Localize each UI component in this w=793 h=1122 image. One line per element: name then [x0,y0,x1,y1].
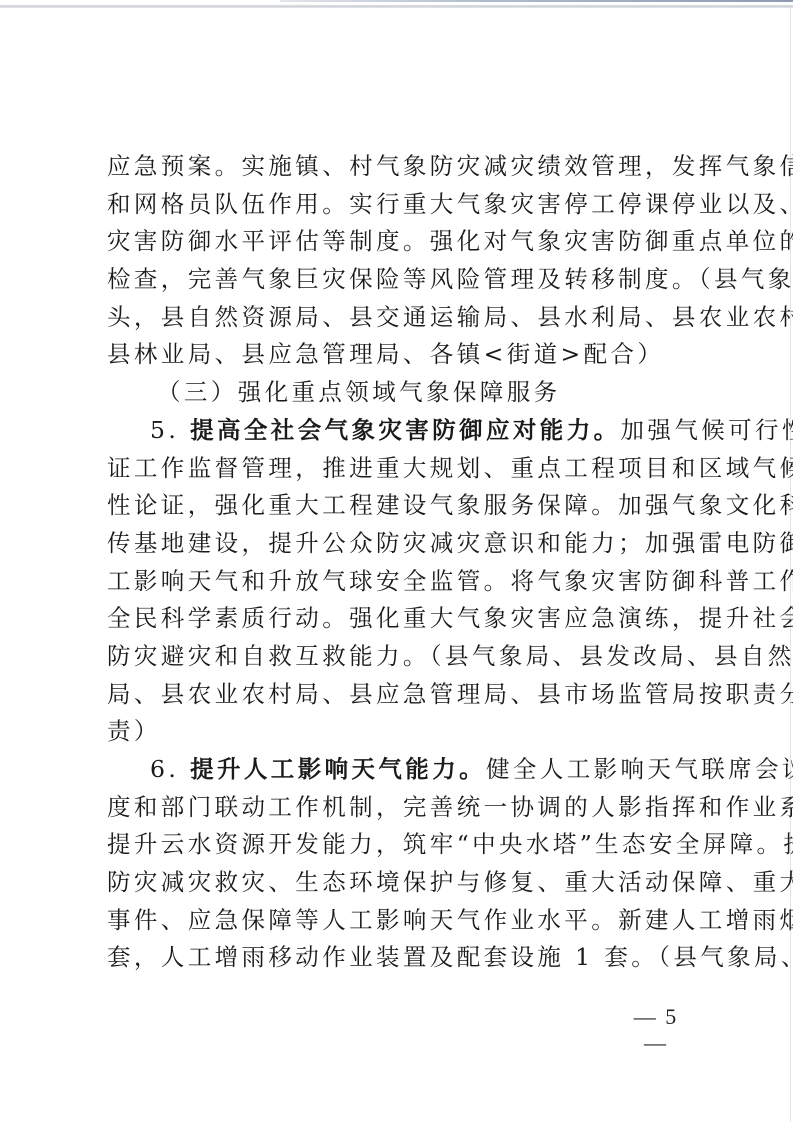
item-text: 健全人工影响天气联席会议制 [486,755,793,783]
text-line: 套，人工增雨移动作业装置及配套设施 1 套。（县气象局、县发 [107,939,699,977]
text-line: 灾害防御水平评估等制度。强化对气象灾害防御重点单位的监督 [107,223,699,261]
scan-top-edge [0,0,793,8]
item-title: 提升人工影响天气能力。 [190,755,486,783]
text-line: 县林业局、县应急管理局、各镇<街道>配合） [107,336,699,374]
text-line: 工影响天气和升放气球安全监管。将气象灾害防御科普工作纳入 [107,563,699,601]
text-line: 提升云水资源开发能力，筑牢“中央水塔”生态安全屏障。提高 [107,826,699,864]
text-line: 性论证，强化重大工程建设气象服务保障。加强气象文化科普宣 [107,487,699,525]
item-text: 加强气候可行性论 [621,416,793,444]
item-5-first-line: 5. 提高全社会气象灾害防御应对能力。加强气候可行性论 [107,412,699,450]
text-line: 防灾减灾救灾、生态环境保护与修复、重大活动保障、重大突发 [107,864,699,902]
text-line: 防灾避灾和自救互救能力。（县气象局、县发改局、县自然资源 [107,638,699,676]
item-number: 5. [107,416,179,444]
text-line: 传基地建设，提升公众防灾减灾意识和能力；加强雷电防御、人 [107,525,699,563]
text-line: 责） [107,713,699,751]
item-6-first-line: 6. 提升人工影响天气能力。健全人工影响天气联席会议制 [107,751,699,789]
text-line: 全民科学素质行动。强化重大气象灾害应急演练，提升社会公众 [107,600,699,638]
text-line: 和网格员队伍作用。实行重大气象灾害停工停课停业以及、气象 [107,186,699,224]
item-title: 提高全社会气象灾害防御应对能力。 [190,416,620,444]
text-line: 证工作监督管理，推进重大规划、重点工程项目和区域气候可行 [107,450,699,488]
text-line: 局、县农业农村局、县应急管理局、县市场监管局按职责分工负 [107,676,699,714]
text-line: 应急预案。实施镇、村气象防灾减灾绩效管理，发挥气象信息员 [107,148,699,186]
document-body: 应急预案。实施镇、村气象防灾减灾绩效管理，发挥气象信息员 和网格员队伍作用。实行… [107,148,699,977]
text-line: 头，县自然资源局、县交通运输局、县水利局、县农业农村局、 [107,299,699,337]
section-heading: （三）强化重点领域气象保障服务 [107,374,699,412]
item-number: 6. [107,755,179,783]
text-line: 事件、应急保障等人工影响天气作业水平。新建人工增雨烟炉 1 [107,902,699,940]
page-number: — 5 — [620,1004,692,1056]
text-line: 度和部门联动工作机制，完善统一协调的人影指挥和作业系统。 [107,789,699,827]
text-line: 检查，完善气象巨灾保险等风险管理及转移制度。（县气象局牵 [107,261,699,299]
